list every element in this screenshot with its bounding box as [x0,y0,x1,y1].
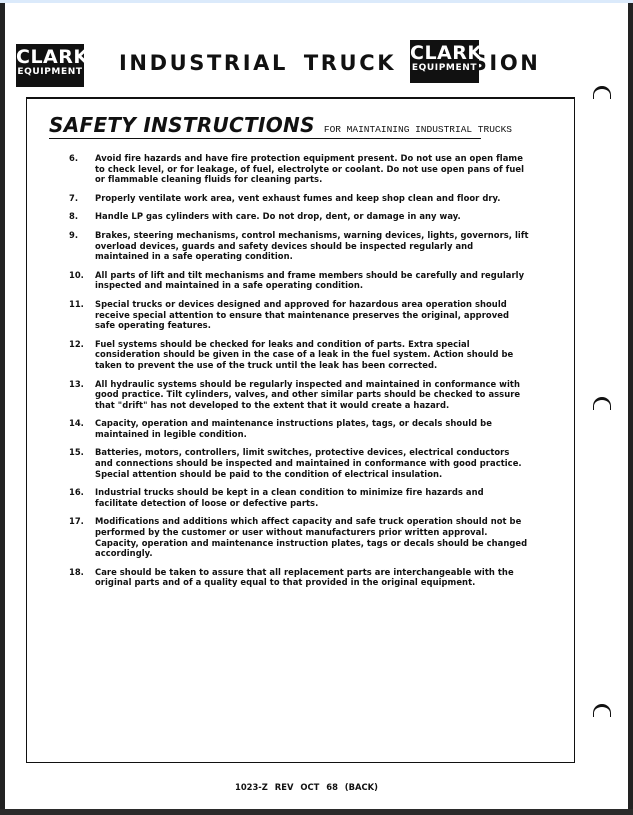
item-number: 10. [69,270,95,291]
instruction-item: 15.Batteries, motors, controllers, limit… [69,447,529,479]
item-number: 8. [69,211,95,222]
logo-sub: EQUIPMENT [16,67,84,78]
item-text: Handle LP gas cylinders with care. Do no… [95,211,461,222]
item-text: Batteries, motors, controllers, limit sw… [95,447,529,479]
instruction-list: 6.Avoid fire hazards and have fire prote… [69,153,529,596]
instruction-item: 11.Special trucks or devices designed an… [69,299,529,331]
binder-hole-icon [593,397,611,410]
instruction-item: 6.Avoid fire hazards and have fire prote… [69,153,529,185]
heading-subtitle: FOR MAINTAINING INDUSTRIAL TRUCKS [324,124,512,135]
instruction-item: 7.Properly ventilate work area, vent exh… [69,193,529,204]
logo-brand: CLARK [16,47,84,67]
item-number: 14. [69,418,95,439]
item-text: All hydraulic systems should be regularl… [95,379,529,411]
item-text: Care should be taken to assure that all … [95,567,529,588]
logo-brand: CLARK [410,43,479,63]
instruction-item: 13.All hydraulic systems should be regul… [69,379,529,411]
item-number: 11. [69,299,95,331]
item-number: 12. [69,339,95,371]
item-number: 13. [69,379,95,411]
item-text: Capacity, operation and maintenance inst… [95,418,529,439]
instruction-item: 12.Fuel systems should be checked for le… [69,339,529,371]
binder-hole-icon [593,704,611,717]
item-text: Brakes, steering mechanisms, control mec… [95,230,529,262]
clark-logo-right: CLARK EQUIPMENT [410,40,479,83]
heading-title: SAFETY INSTRUCTIONS [49,113,315,137]
clark-logo-left: CLARK EQUIPMENT [16,44,84,87]
document-footer: 1023-Z REV OCT 68 (BACK) [235,782,378,792]
document-page: CLARK EQUIPMENT INDUSTRIAL TRUCK DIVISIO… [5,3,628,809]
item-number: 7. [69,193,95,204]
logo-sub: EQUIPMENT [410,63,479,74]
item-number: 15. [69,447,95,479]
item-number: 17. [69,516,95,558]
instruction-item: 9.Brakes, steering mechanisms, control m… [69,230,529,262]
binder-hole-icon [593,86,611,99]
viewer-bottom-bar [0,809,633,815]
item-text: Fuel systems should be checked for leaks… [95,339,529,371]
item-text: Industrial trucks should be kept in a cl… [95,487,529,508]
item-text: Avoid fire hazards and have fire protect… [95,153,529,185]
instruction-item: 16.Industrial trucks should be kept in a… [69,487,529,508]
section-heading: SAFETY INSTRUCTIONS FOR MAINTAINING INDU… [49,113,481,139]
instruction-item: 18.Care should be taken to assure that a… [69,567,529,588]
item-number: 6. [69,153,95,185]
instruction-item: 17.Modifications and additions which aff… [69,516,529,558]
item-text: Special trucks or devices designed and a… [95,299,529,331]
item-text: All parts of lift and tilt mechanisms an… [95,270,529,291]
item-number: 16. [69,487,95,508]
item-number: 18. [69,567,95,588]
instruction-item: 14.Capacity, operation and maintenance i… [69,418,529,439]
item-text: Modifications and additions which affect… [95,516,529,558]
item-text: Properly ventilate work area, vent exhau… [95,193,501,204]
instruction-item: 8.Handle LP gas cylinders with care. Do … [69,211,529,222]
item-number: 9. [69,230,95,262]
instruction-item: 10.All parts of lift and tilt mechanisms… [69,270,529,291]
